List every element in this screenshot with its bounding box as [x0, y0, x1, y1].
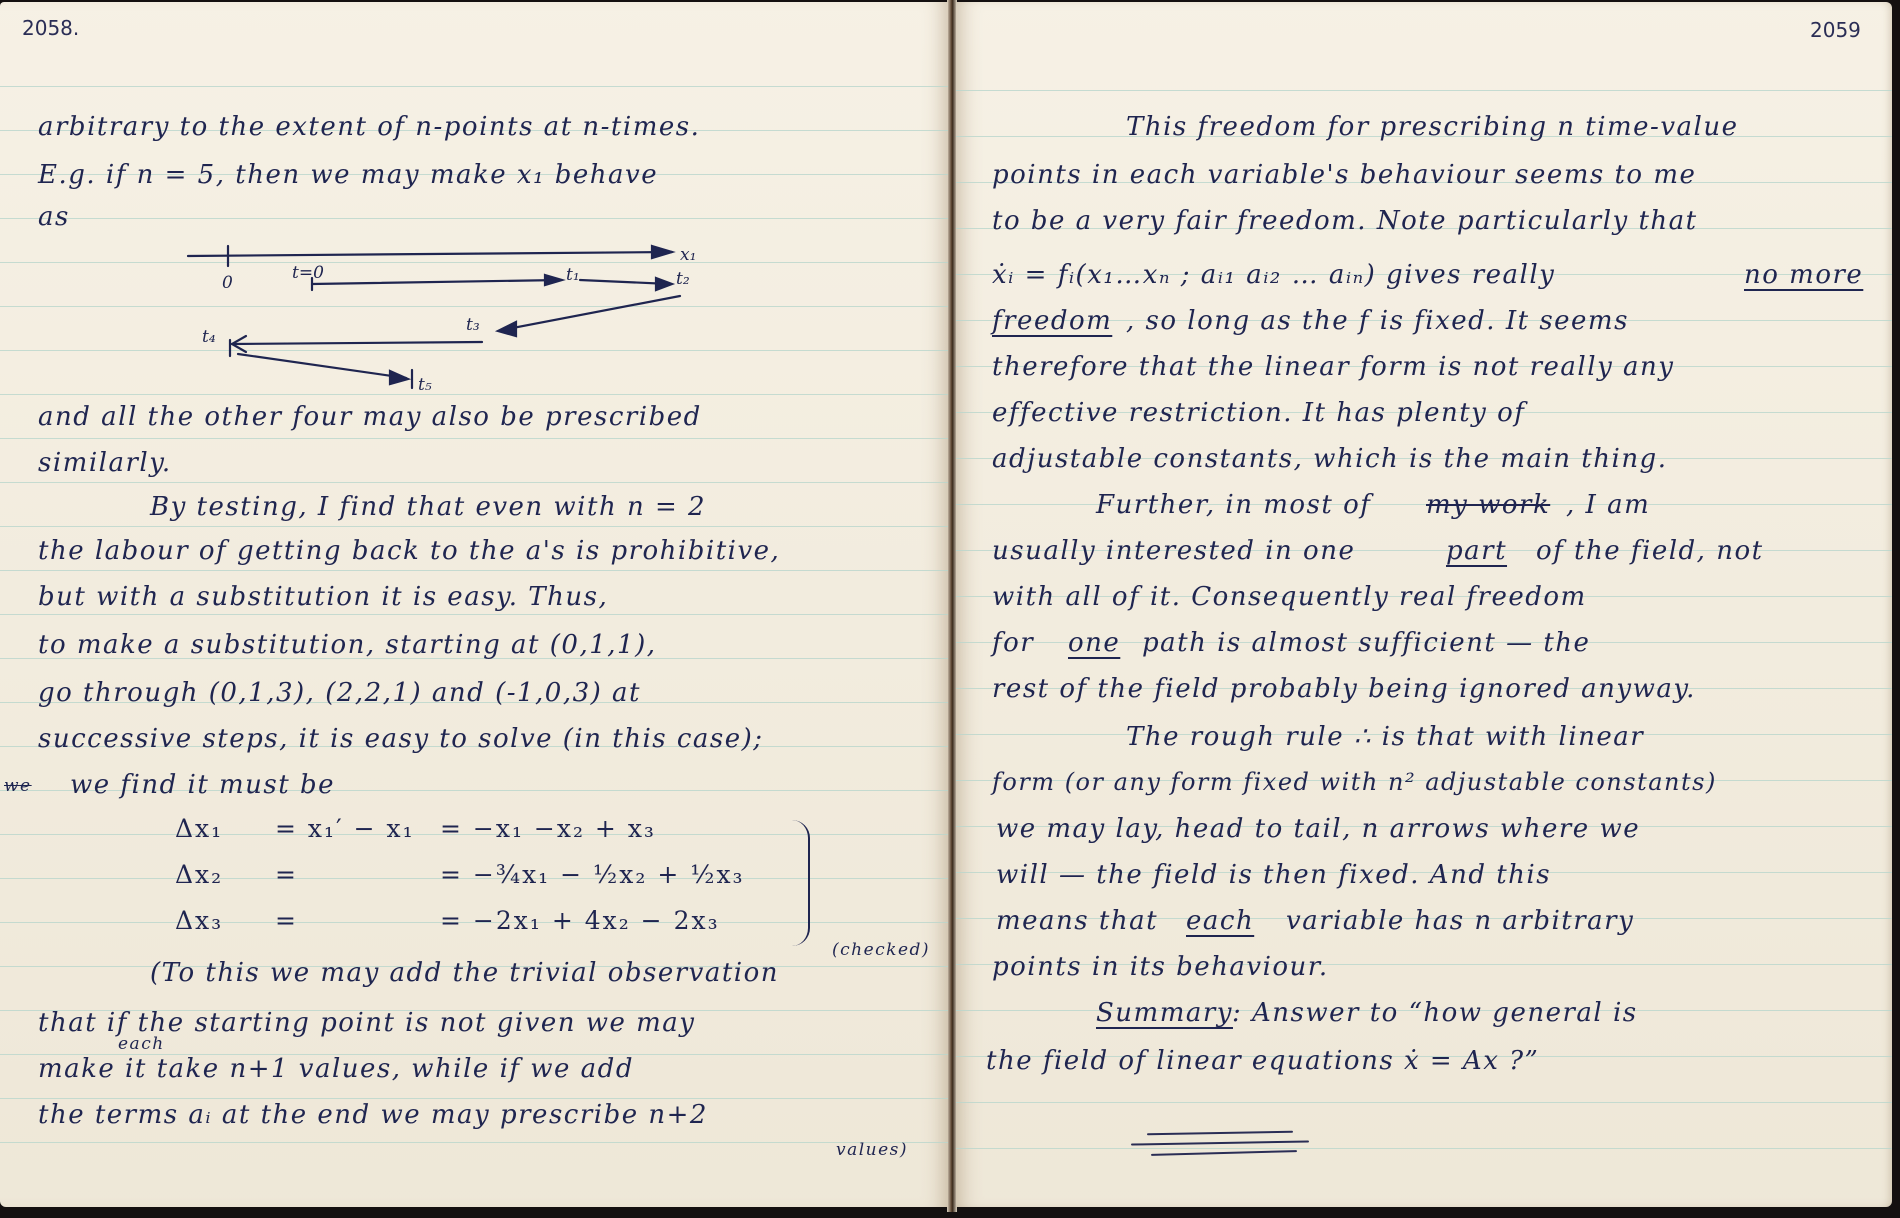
text-line: The rough rule ∴ is that with linear [1126, 722, 1644, 752]
text-line: rest of the field probably being ignored… [992, 674, 1696, 704]
text-line: usually interested in one [992, 536, 1355, 566]
text-line: make it take n+1 values, while if we add [38, 1054, 634, 1084]
ruled-line [0, 438, 948, 439]
text-line: E.g. if n = 5, then we may make x₁ behav… [38, 160, 658, 190]
equation-mid: = x₁′ − x₁ [275, 814, 415, 843]
point-label: t₃ [466, 315, 480, 335]
checked-note: (checked) [832, 940, 930, 960]
underlined-word: each [1186, 906, 1254, 936]
ruled-line [956, 1148, 1892, 1149]
text-line: successive steps, it is easy to solve (i… [38, 724, 764, 754]
text-line: : Answer to “how general is [1232, 998, 1638, 1028]
text-line: the labour of getting back to the a's is… [38, 536, 780, 566]
equation-mid: = [275, 906, 298, 935]
text-line: By testing, I find that even with n = 2 [150, 492, 706, 522]
insert-word: each [118, 1034, 165, 1054]
text-line: , so long as the f is fixed. It seems [1126, 306, 1629, 336]
struck-phrase: my work [1426, 490, 1550, 520]
trajectory-diagram: x₁ 0 t=0 t₁ t₂ t₃ t₄ t₅ [180, 232, 740, 392]
text-line: variable has n arbitrary [1286, 906, 1634, 936]
text-line: and all the other four may also be presc… [38, 402, 702, 432]
margin-note: we [4, 776, 32, 796]
text-line: Further, in most of [1096, 490, 1371, 520]
text-line: will — the field is then fixed. And this [996, 860, 1551, 890]
ruled-line [0, 1098, 948, 1099]
ruled-line [0, 218, 948, 219]
equation-lhs: Δx₁ [175, 814, 223, 843]
text-line: path is almost sufficient — the [1142, 628, 1590, 658]
summary-heading: Summary [1096, 998, 1233, 1028]
equation-rhs: = −¾x₁ − ½x₂ + ½x₃ [440, 860, 745, 889]
text-line: to be a very fair freedom. Note particul… [992, 206, 1698, 236]
left-page: 2058. arbitrary to the extent of n-point… [0, 2, 948, 1207]
text-line: This freedom for prescribing n time-valu… [1126, 112, 1738, 142]
text-line: we may lay, head to tail, n arrows where… [996, 814, 1640, 844]
equation-line: ẋᵢ = fᵢ(x₁…xₙ ; aᵢ₁ aᵢ₂ … aᵢₙ) gives rea… [992, 260, 1555, 290]
ruled-line [0, 526, 948, 527]
text-line: the terms aᵢ at the end we may prescribe… [38, 1100, 708, 1130]
equation-rhs: = −2x₁ + 4x₂ − 2x₃ [440, 906, 720, 935]
text-line: we find it must be [70, 770, 335, 800]
text-line: to make a substitution, starting at (0,1… [38, 630, 656, 660]
point-label: t₁ [566, 265, 580, 285]
text-line: arbitrary to the extent of n-points at n… [38, 112, 700, 142]
text-line: means that [996, 906, 1158, 936]
text-line: points in its behaviour. [992, 952, 1329, 982]
page-number: 2059 [1810, 18, 1861, 42]
text-line: (To this we may add the trivial observat… [150, 958, 779, 988]
text-line: similarly. [38, 448, 172, 478]
point-label: t₂ [676, 269, 690, 289]
page-number: 2058. [22, 16, 79, 40]
text-line: therefore that the linear form is not re… [992, 352, 1674, 382]
text-line: values) [836, 1140, 908, 1160]
underlined-word: freedom [992, 306, 1112, 336]
right-page: 2059 This freedom for prescribing n time… [956, 2, 1892, 1207]
text-line: the field of linear equations ẋ = Ax ?” [986, 1046, 1539, 1076]
origin-label: 0 [222, 273, 233, 293]
point-label: t₅ [418, 375, 432, 392]
ruled-line [0, 1142, 948, 1143]
axis-label: x₁ [680, 245, 696, 265]
equation-mid: = [275, 860, 298, 889]
equation-lhs: Δx₃ [175, 906, 223, 935]
text-line: but with a substitution it is easy. Thus… [38, 582, 608, 612]
point-label: t₄ [202, 327, 216, 347]
text-line: points in each variable's behaviour seem… [992, 160, 1696, 190]
equation-brace [792, 820, 810, 946]
text-line: as [38, 202, 70, 232]
point-label: t=0 [292, 263, 324, 283]
text-line: with all of it. Consequently real freedo… [992, 582, 1587, 612]
ruled-line [0, 482, 948, 483]
text-line: form (or any form fixed with n² adjustab… [992, 768, 1717, 796]
ruled-line [0, 570, 948, 571]
text-line: for [992, 628, 1034, 658]
ruled-line [956, 90, 1892, 91]
text-line: effective restriction. It has plenty of [992, 398, 1525, 428]
equation-lhs: Δx₂ [175, 860, 223, 889]
equation-rhs: = −x₁ −x₂ + x₃ [440, 814, 656, 843]
ruled-line [0, 86, 948, 87]
text-line: of the field, not [1536, 536, 1764, 566]
ruled-line [956, 1102, 1892, 1103]
text-line: adjustable constants, which is the main … [992, 444, 1667, 474]
ruled-line [0, 394, 948, 395]
text-line: go through (0,1,3), (2,2,1) and (-1,0,3)… [38, 678, 641, 708]
underlined-phrase: no more [1744, 260, 1863, 290]
text-line: , I am [1566, 490, 1650, 520]
underlined-word: part [1446, 536, 1507, 566]
underlined-word: one [1068, 628, 1120, 658]
ruled-line [0, 614, 948, 615]
